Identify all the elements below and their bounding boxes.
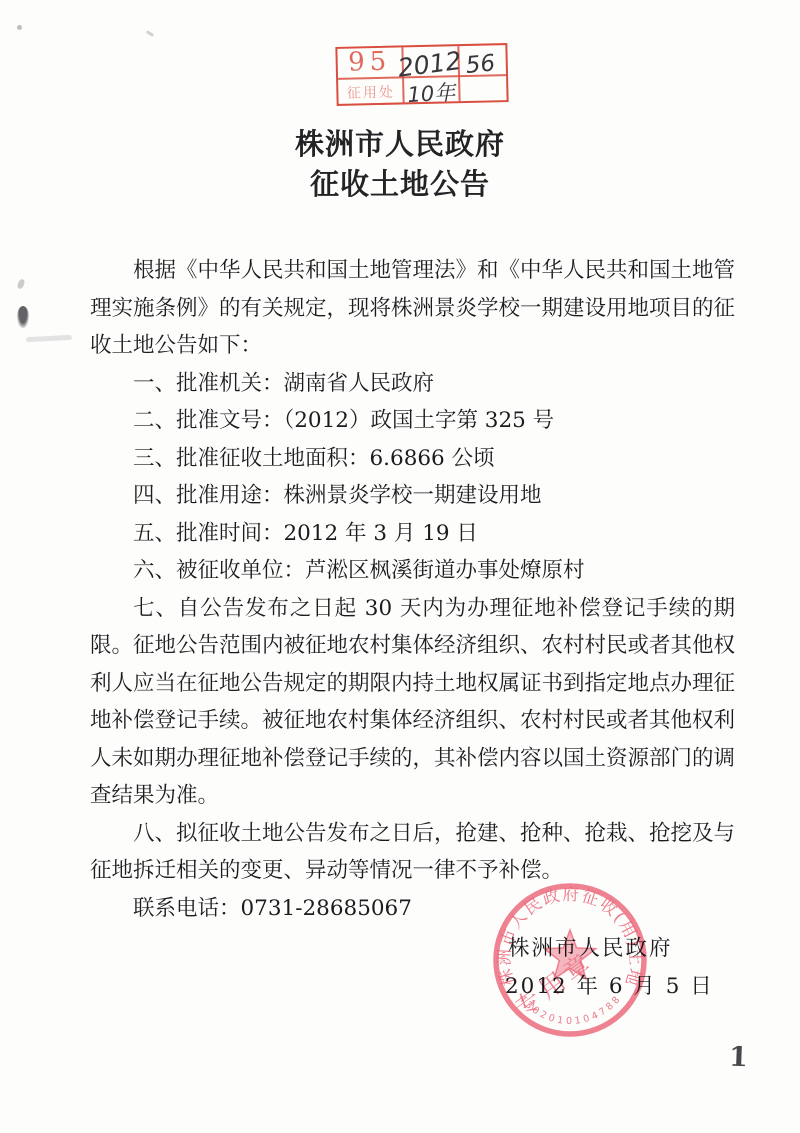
- intro-paragraph: 根据《中华人民共和国土地管理法》和《中华人民共和国土地管理实施条例》的有关规定，…: [90, 252, 735, 365]
- scan-smudge: [146, 30, 154, 37]
- page-number: 1: [728, 1042, 748, 1074]
- item-2-approval-number: 二、批准文号：（2012）政国土字第 325 号: [90, 402, 735, 440]
- scan-smudge: [26, 335, 72, 342]
- item-3-land-area: 三、批准征收土地面积：6.6866 公顷: [90, 440, 735, 478]
- handwritten-serial: 56: [465, 50, 497, 79]
- item-7-registration-terms: 七、自公告发布之日起 30 天内为办理征地补偿登记手续的期限。征地公告范围内被征…: [90, 590, 735, 815]
- title-line-2: 征收土地公告: [0, 164, 800, 204]
- item-5-approval-date: 五、批准时间：2012 年 3 月 19 日: [90, 515, 735, 553]
- seal-center-label: 专用章: [509, 946, 599, 1022]
- scan-smudge: [17, 306, 29, 328]
- stamp-printed-number: 95: [337, 46, 402, 77]
- document-title: 株洲市人民政府 征收土地公告: [0, 124, 800, 204]
- registry-stamp: 95 征用处 2012 56 10年: [335, 43, 508, 106]
- scan-smudge: [16, 278, 26, 290]
- title-line-1: 株洲市人民政府: [0, 124, 800, 164]
- scan-smudge: [17, 25, 22, 30]
- stamp-office-label: 征用处: [339, 81, 402, 102]
- document-body: 根据《中华人民共和国土地管理法》和《中华人民共和国土地管理实施条例》的有关规定，…: [90, 252, 735, 927]
- handwritten-note: 10年: [407, 76, 456, 109]
- official-seal: 株洲市人民政府征收(用)土地 专用章 4302010104788: [482, 872, 660, 1050]
- item-1-approving-organ: 一、批准机关：湖南省人民政府: [90, 365, 735, 403]
- item-6-expropriated-unit: 六、被征收单位：芦淞区枫溪街道办事处燎原村: [90, 552, 735, 590]
- item-4-approved-use: 四、批准用途：株洲景炎学校一期建设用地: [90, 477, 735, 515]
- document-page: 95 征用处 2012 56 10年 株洲市人民政府 征收土地公告 根据《中华人…: [0, 0, 800, 1133]
